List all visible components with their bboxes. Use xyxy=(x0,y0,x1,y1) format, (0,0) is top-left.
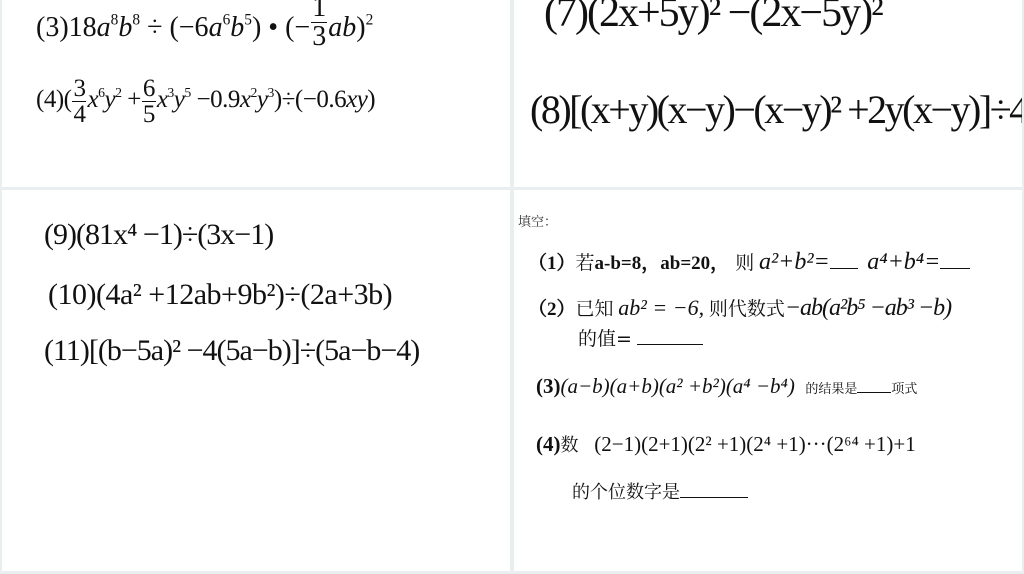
blank-3[interactable] xyxy=(857,392,891,393)
question-1: （1）若a-b=8，ab=20， 则 a²+b²= a⁴+b⁴= xyxy=(528,250,970,274)
question-2: （2）已知 ab² = −6, 则代数式−ab(a²b⁵ −ab³ −b) xyxy=(528,296,951,320)
blank-2[interactable] xyxy=(637,344,703,345)
problem-10: (10)(4a² +12ab+9b²)÷(2a+3b) xyxy=(48,280,392,310)
fill-blank-heading: 填空： xyxy=(518,216,557,229)
question-3: (3)(a−b)(a+b)(a² +b²)(a⁴ −b⁴) 的结果是项式 xyxy=(536,376,917,397)
question-4: (4)数 (2−1)(2+1)(2² +1)(2⁴ +1)···(2⁶⁴ +1)… xyxy=(536,434,916,455)
problem-4: (4)(34x6y2 +65x3y5 −0.9x2y3)÷(−0.6xy) xyxy=(36,76,375,127)
panel-top-left: (3)18a8b8 ÷ (−6a6b5) • (−13ab)2 (4)(34x6… xyxy=(2,0,510,187)
question-4-line2: 的个位数字是 xyxy=(572,484,748,502)
panel-top-right: (7)(2x+5y)² −(2x−5y)² (8)[(x+y)(x−y)−(x−… xyxy=(514,0,1022,187)
question-2-line2: 的值= xyxy=(578,330,703,349)
panel-bottom-right: 填空： （1）若a-b=8，ab=20， 则 a²+b²= a⁴+b⁴= （2）… xyxy=(514,190,1022,571)
problem-9: (9)(81x⁴ −1)÷(3x−1) xyxy=(44,220,273,250)
blank-1b[interactable] xyxy=(940,268,970,269)
problem-7: (7)(2x+5y)² −(2x−5y)² xyxy=(544,0,882,34)
panel-bottom-left: (9)(81x⁴ −1)÷(3x−1) (10)(4a² +12ab+9b²)÷… xyxy=(2,190,510,571)
problem-11: (11)[(b−5a)² −4(5a−b)]÷(5a−b−4) xyxy=(44,336,419,366)
problem-8: (8)[(x+y)(x−y)−(x−y)² +2y(x−y)]÷4y xyxy=(530,90,1022,130)
problem-3: (3)18a8b8 ÷ (−6a6b5) • (−13ab)2 xyxy=(36,8,373,51)
blank-4[interactable] xyxy=(680,497,748,498)
blank-1a[interactable] xyxy=(830,268,858,269)
